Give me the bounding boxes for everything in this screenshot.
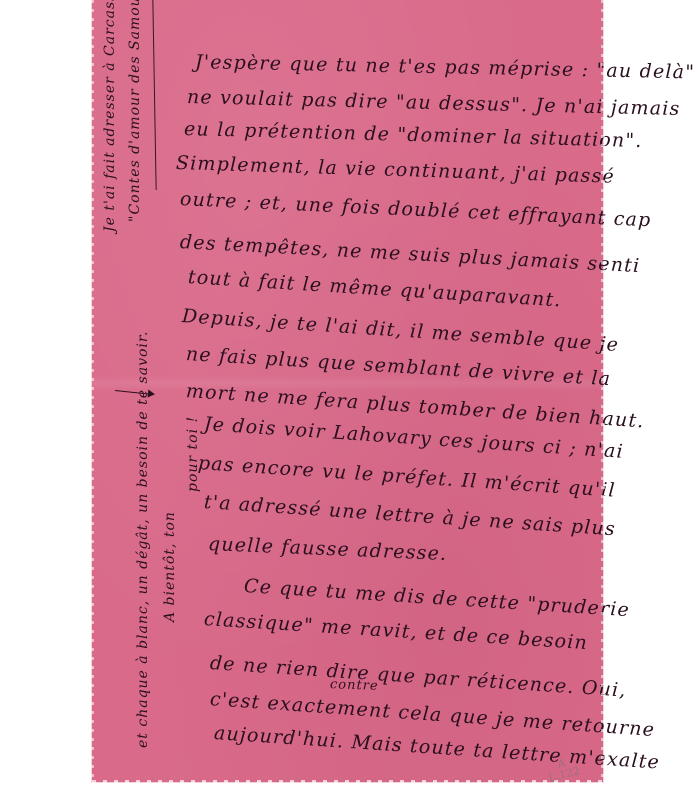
margin-note-5: pour toi !: [185, 416, 201, 492]
margin-rule: [152, 0, 156, 190]
margin-note-2: "Contes d'amour des Samouraïs": [127, 0, 143, 222]
letter-line-4: Simplement, la vie continuant, j'ai pass…: [176, 152, 616, 188]
interlinear-insert: contre: [330, 677, 379, 694]
arrow-icon: [115, 390, 153, 395]
letter-paper: J'espère que tu ne t'es pas méprise : "a…: [92, 0, 603, 782]
letter-line-3: eu la prétention de "dominer la situatio…: [184, 118, 643, 152]
letter-line-14: quelle fausse adresse.: [208, 533, 448, 565]
letter-line-5: outre ; et, une fois doublé cet effrayan…: [180, 188, 652, 231]
letter-line-2: ne voulait pas dire "au dessus". Je n'ai…: [187, 86, 681, 120]
letter-line-7: tout à fait le même qu'auparavant.: [187, 266, 562, 311]
letter-line-13: t'a adressé une lettre à je ne sais plus: [203, 491, 616, 540]
margin-note-4: A bientôt, ton: [162, 511, 178, 622]
torn-bottom-edge: [92, 780, 603, 785]
letter-line-1: J'espère que tu ne t'es pas méprise : "a…: [195, 51, 696, 83]
margin-note-1: Je t'ai fait adresser à Carcassonne: [102, 0, 118, 232]
